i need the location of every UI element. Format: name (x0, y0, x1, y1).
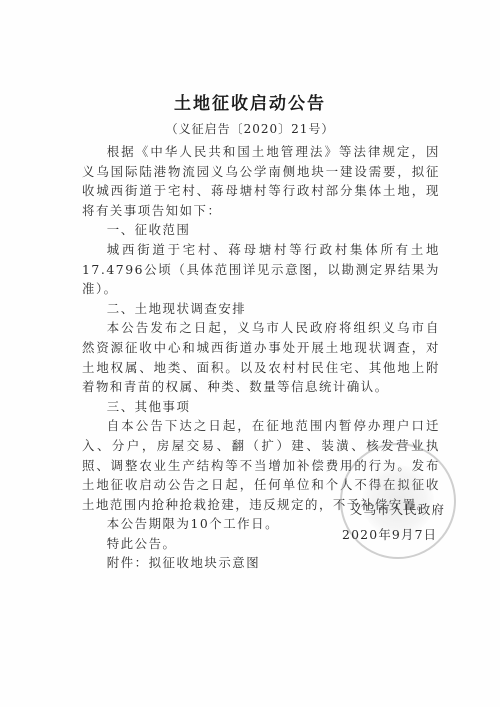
document-page: 土地征收启动公告 （义征启告〔2020〕21号） 根据《中华人民共和国土地管理法… (0, 0, 500, 707)
signature-organization: 义乌市人民政府 (350, 500, 470, 518)
page-title: 土地征收启动公告 (0, 89, 500, 114)
signature-date: 2020年9月7日 (342, 525, 462, 543)
document-number: （义征启告〔2020〕21号） (0, 120, 500, 137)
survey-paragraph: 本公告发布之日起，义乌市人民政府将组织义乌市自然资源征收中心和城西街道办事处开展… (82, 318, 440, 396)
intro-paragraph: 根据《中华人民共和国土地管理法》等法律规定，因义乌国际陆港物流园义乌公学南侧地块… (82, 142, 440, 220)
scope-paragraph: 城西街道于宅村、蒋母塘村等行政村集体所有土地17.4796公顷（具体范围详见示意… (82, 240, 440, 299)
section-heading-survey: 二、土地现状调查安排 (82, 299, 440, 319)
section-heading-other: 三、其他事项 (82, 397, 440, 417)
section-heading-scope: 一、征收范围 (82, 220, 440, 240)
